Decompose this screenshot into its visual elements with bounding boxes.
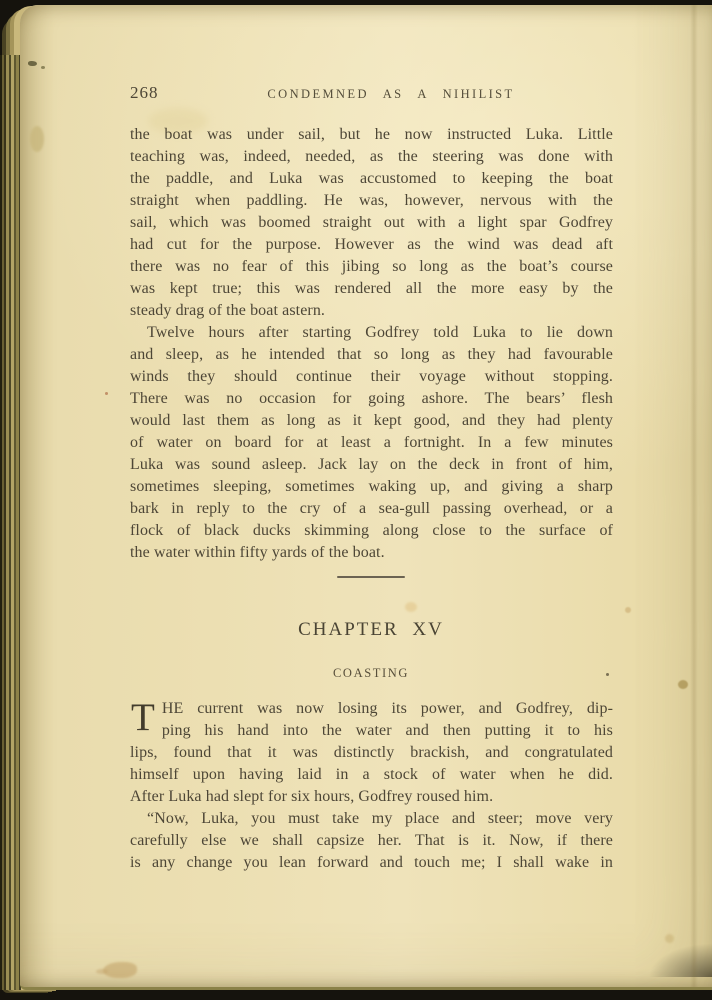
text-line: bark in reply to the cry of a sea-gull p… <box>130 498 613 520</box>
text-line: of water on board for at least a fortnig… <box>130 432 613 454</box>
book-page-edges <box>0 55 21 990</box>
text-line: lips, found that it was distinctly brack… <box>130 742 613 764</box>
body-text: T HE current was now losing its power, a… <box>130 698 613 874</box>
page-number: 268 <box>130 83 159 103</box>
paragraph-4: “Now, Luka, you must take my place and s… <box>130 808 613 874</box>
chapter-heading: CHAPTER XV <box>130 619 612 641</box>
text-line: is any change you lean forward and touch… <box>130 852 613 874</box>
paragraph-3: T HE current was now losing its power, a… <box>130 698 613 808</box>
text-line: Twelve hours after starting Godfrey told… <box>130 322 613 344</box>
text-line: After Luka had slept for six hours, Godf… <box>130 786 613 808</box>
text-line: himself upon having laid in a stock of w… <box>130 764 613 786</box>
drop-cap-letter: T <box>131 699 155 741</box>
text-line: there was no fear of this jibing so long… <box>130 256 613 278</box>
text-line: the water within fifty yards of the boat… <box>130 542 613 564</box>
text-line: HE current was now losing its power, and… <box>130 698 613 720</box>
body-text: the boat was under sail, but he now inst… <box>130 124 613 564</box>
page-header: 268 CONDEMNED AS A NIHILIST <box>130 85 612 105</box>
text-line: flock of black ducks skimming along clos… <box>130 520 613 542</box>
text-line: sail, which was boomed straight out with… <box>130 212 613 234</box>
paragraph-3-lines: HE current was now losing its power, and… <box>130 698 613 808</box>
text-line: carefully else we shall capsize her. Tha… <box>130 830 613 852</box>
text-line: and sleep, as he intended that so long a… <box>130 344 613 366</box>
text-line: would last them as long as it kept good,… <box>130 410 613 432</box>
text-line: “Now, Luka, you must take my place and s… <box>130 808 613 830</box>
text-line: Luka was sound asleep. Jack lay on the d… <box>130 454 613 476</box>
text-line: had cut for the purpose. However as the … <box>130 234 613 256</box>
section-divider-rule <box>337 576 405 578</box>
text-line: the paddle, and Luka was accustomed to k… <box>130 168 613 190</box>
text-line: ping his hand into the water and then pu… <box>130 720 613 742</box>
text-line: was kept true; this was rendered all the… <box>130 278 613 300</box>
running-header: CONDEMNED AS A NIHILIST <box>170 87 612 102</box>
text-line: winds they should continue their voyage … <box>130 366 613 388</box>
paragraph-1: the boat was under sail, but he now inst… <box>130 124 613 322</box>
chapter-subheading: COASTING <box>130 666 612 681</box>
text-line: There was no occasion for going ashore. … <box>130 388 613 410</box>
text-line: sometimes sleeping, sometimes waking up,… <box>130 476 613 498</box>
paragraph-2: Twelve hours after starting Godfrey told… <box>130 322 613 564</box>
text-line: steady drag of the boat astern. <box>130 300 613 322</box>
scanned-book-photo: 268 CONDEMNED AS A NIHILIST the boat was… <box>0 0 712 1000</box>
text-line: teaching was, indeed, needed, as the ste… <box>130 146 613 168</box>
text-line: the boat was under sail, but he now inst… <box>130 124 613 146</box>
page-corner-shadow <box>622 937 712 977</box>
text-line: straight when paddling. He was, however,… <box>130 190 613 212</box>
